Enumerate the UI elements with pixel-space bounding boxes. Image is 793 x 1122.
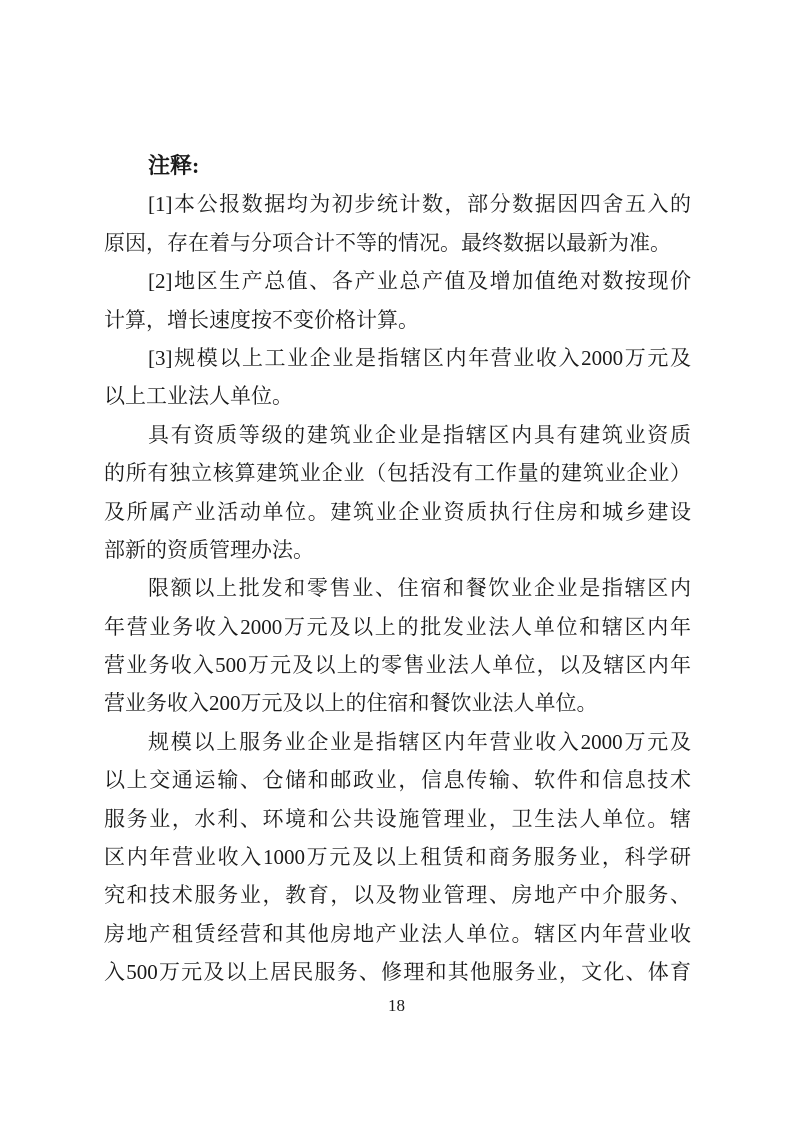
paragraph: [1]本公报数据均为初步统计数，部分数据因四舍五入的原因，存在着与分项合计不等的… bbox=[104, 185, 691, 262]
notes-section: 注释: [1]本公报数据均为初步统计数，部分数据因四舍五入的原因，存在着与分项合… bbox=[104, 147, 691, 992]
text-line: [1]本公报数据均为初步统计数，部分数据因四舍五入的 bbox=[104, 185, 691, 223]
text-line: 的所有独立核算建筑业企业（包括没有工作量的建筑业企业） bbox=[104, 454, 691, 492]
text-line: 部新的资质管理办法。 bbox=[104, 531, 691, 569]
text-line: 及所属产业活动单位。建筑业企业资质执行住房和城乡建设 bbox=[104, 493, 691, 531]
text-line: [2]地区生产总值、各产业总产值及增加值绝对数按现价 bbox=[104, 262, 691, 300]
paragraph: 具有资质等级的建筑业企业是指辖区内具有建筑业资质的所有独立核算建筑业企业（包括没… bbox=[104, 416, 691, 570]
paragraph: 规模以上服务业企业是指辖区内年营业收入2000万元及以上交通运输、仓储和邮政业，… bbox=[104, 723, 691, 992]
text-line: 区内年营业收入1000万元及以上租赁和商务服务业，科学研 bbox=[104, 838, 691, 876]
text-line: 以上工业法人单位。 bbox=[104, 377, 691, 415]
paragraph: 限额以上批发和零售业、住宿和餐饮业企业是指辖区内年营业务收入2000万元及以上的… bbox=[104, 569, 691, 723]
text-line: 入500万元及以上居民服务、修理和其他服务业，文化、体育 bbox=[104, 953, 691, 991]
paragraph: [2]地区生产总值、各产业总产值及增加值绝对数按现价计算，增长速度按不变价格计算… bbox=[104, 262, 691, 339]
text-line: 房地产租赁经营和其他房地产业法人单位。辖区内年营业收 bbox=[104, 915, 691, 953]
text-line: 限额以上批发和零售业、住宿和餐饮业企业是指辖区内 bbox=[104, 569, 691, 607]
paragraphs-container: [1]本公报数据均为初步统计数，部分数据因四舍五入的原因，存在着与分项合计不等的… bbox=[104, 185, 691, 991]
text-line: 年营业务收入2000万元及以上的批发业法人单位和辖区内年 bbox=[104, 608, 691, 646]
text-line: 计算，增长速度按不变价格计算。 bbox=[104, 301, 691, 339]
text-line: 营业务收入200万元及以上的住宿和餐饮业法人单位。 bbox=[104, 684, 691, 722]
text-line: 规模以上服务业企业是指辖区内年营业收入2000万元及 bbox=[104, 723, 691, 761]
text-line: 以上交通运输、仓储和邮政业，信息传输、软件和信息技术 bbox=[104, 761, 691, 799]
paragraph: [3]规模以上工业企业是指辖区内年营业收入2000万元及以上工业法人单位。 bbox=[104, 339, 691, 416]
page-number: 18 bbox=[0, 995, 793, 1017]
text-line: 究和技术服务业，教育，以及物业管理、房地产中介服务、 bbox=[104, 876, 691, 914]
section-heading: 注释: bbox=[104, 147, 691, 185]
document-page: 注释: [1]本公报数据均为初步统计数，部分数据因四舍五入的原因，存在着与分项合… bbox=[0, 0, 793, 1122]
text-line: 具有资质等级的建筑业企业是指辖区内具有建筑业资质 bbox=[104, 416, 691, 454]
text-line: 营业务收入500万元及以上的零售业法人单位，以及辖区内年 bbox=[104, 646, 691, 684]
text-line: 服务业，水利、环境和公共设施管理业，卫生法人单位。辖 bbox=[104, 800, 691, 838]
text-line: [3]规模以上工业企业是指辖区内年营业收入2000万元及 bbox=[104, 339, 691, 377]
text-line: 原因，存在着与分项合计不等的情况。最终数据以最新为准。 bbox=[104, 224, 691, 262]
